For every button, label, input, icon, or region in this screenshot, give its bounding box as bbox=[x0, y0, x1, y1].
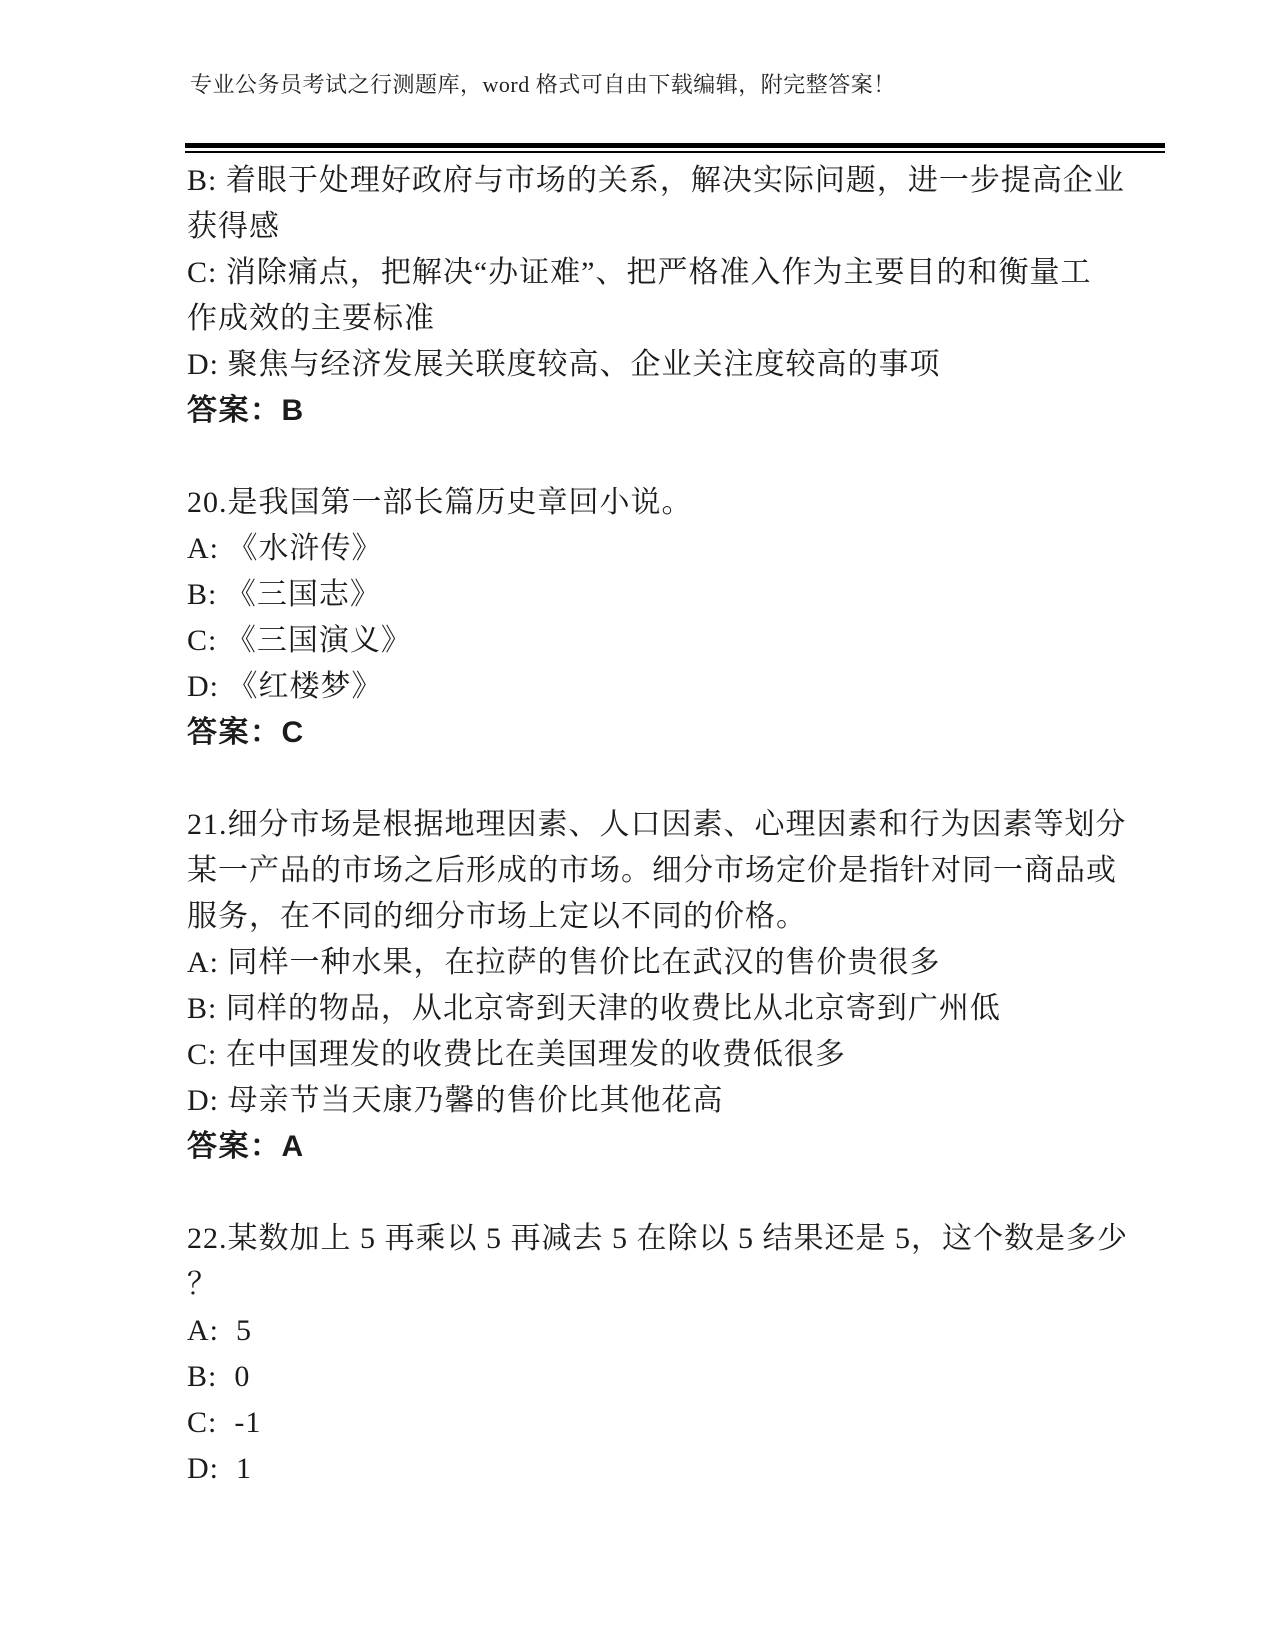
document-body: B: 着眼于处理好政府与市场的关系，解决实际问题，进一步提高企业获得感C: 消除… bbox=[187, 158, 1197, 1492]
question-stem-line: 某一产品的市场之后形成的市场。细分市场定价是指针对同一商品或 bbox=[187, 848, 1197, 894]
question-block: 21.细分市场是根据地理因素、人口因素、心理因素和行为因素等划分某一产品的市场之… bbox=[187, 802, 1197, 1170]
option-line: D: 聚焦与经济发展关联度较高、企业关注度较高的事项 bbox=[187, 342, 1197, 388]
option-line: A: 同样一种水果，在拉萨的售价比在武汉的售价贵很多 bbox=[187, 940, 1197, 986]
option-line: B: 同样的物品，从北京寄到天津的收费比从北京寄到广州低 bbox=[187, 986, 1197, 1032]
question-stem-line: 20.是我国第一部长篇历史章回小说。 bbox=[187, 480, 1197, 526]
option-line: 获得感 bbox=[187, 204, 1197, 250]
option-line: C: 在中国理发的收费比在美国理发的收费低很多 bbox=[187, 1032, 1197, 1078]
document-page: 专业公务员考试之行测题库，word 格式可自由下载编辑，附完整答案！ B: 着眼… bbox=[0, 0, 1275, 1650]
question-stem-line: 22.某数加上 5 再乘以 5 再减去 5 在除以 5 结果还是 5，这个数是多… bbox=[187, 1216, 1197, 1262]
question-stem-line: ？ bbox=[187, 1262, 1197, 1308]
option-line: C: 《三国演义》 bbox=[187, 618, 1197, 664]
option-line: A: 5 bbox=[187, 1308, 1197, 1354]
option-line: B: 《三国志》 bbox=[187, 572, 1197, 618]
question-block: B: 着眼于处理好政府与市场的关系，解决实际问题，进一步提高企业获得感C: 消除… bbox=[187, 158, 1197, 434]
option-line: A: 《水浒传》 bbox=[187, 526, 1197, 572]
option-line: B: 0 bbox=[187, 1354, 1197, 1400]
question-stem-line: 服务，在不同的细分市场上定以不同的价格。 bbox=[187, 894, 1197, 940]
option-line: 作成效的主要标准 bbox=[187, 296, 1197, 342]
option-line: C: -1 bbox=[187, 1400, 1197, 1446]
answer-line: 答案：B bbox=[187, 388, 1197, 434]
answer-line: 答案：A bbox=[187, 1124, 1197, 1170]
option-line: C: 消除痛点，把解决“办证难”、把严格准入作为主要目的和衡量工 bbox=[187, 250, 1197, 296]
page-title: 专业公务员考试之行测题库，word 格式可自由下载编辑，附完整答案！ bbox=[190, 70, 896, 100]
option-line: D: 1 bbox=[187, 1446, 1197, 1492]
header-divider bbox=[185, 143, 1165, 153]
question-block: 20.是我国第一部长篇历史章回小说。A: 《水浒传》B: 《三国志》C: 《三国… bbox=[187, 480, 1197, 756]
question-block: 22.某数加上 5 再乘以 5 再减去 5 在除以 5 结果还是 5，这个数是多… bbox=[187, 1216, 1197, 1492]
option-line: D: 《红楼梦》 bbox=[187, 664, 1197, 710]
answer-line: 答案：C bbox=[187, 710, 1197, 756]
option-line: B: 着眼于处理好政府与市场的关系，解决实际问题，进一步提高企业 bbox=[187, 158, 1197, 204]
question-stem-line: 21.细分市场是根据地理因素、人口因素、心理因素和行为因素等划分 bbox=[187, 802, 1197, 848]
option-line: D: 母亲节当天康乃馨的售价比其他花高 bbox=[187, 1078, 1197, 1124]
